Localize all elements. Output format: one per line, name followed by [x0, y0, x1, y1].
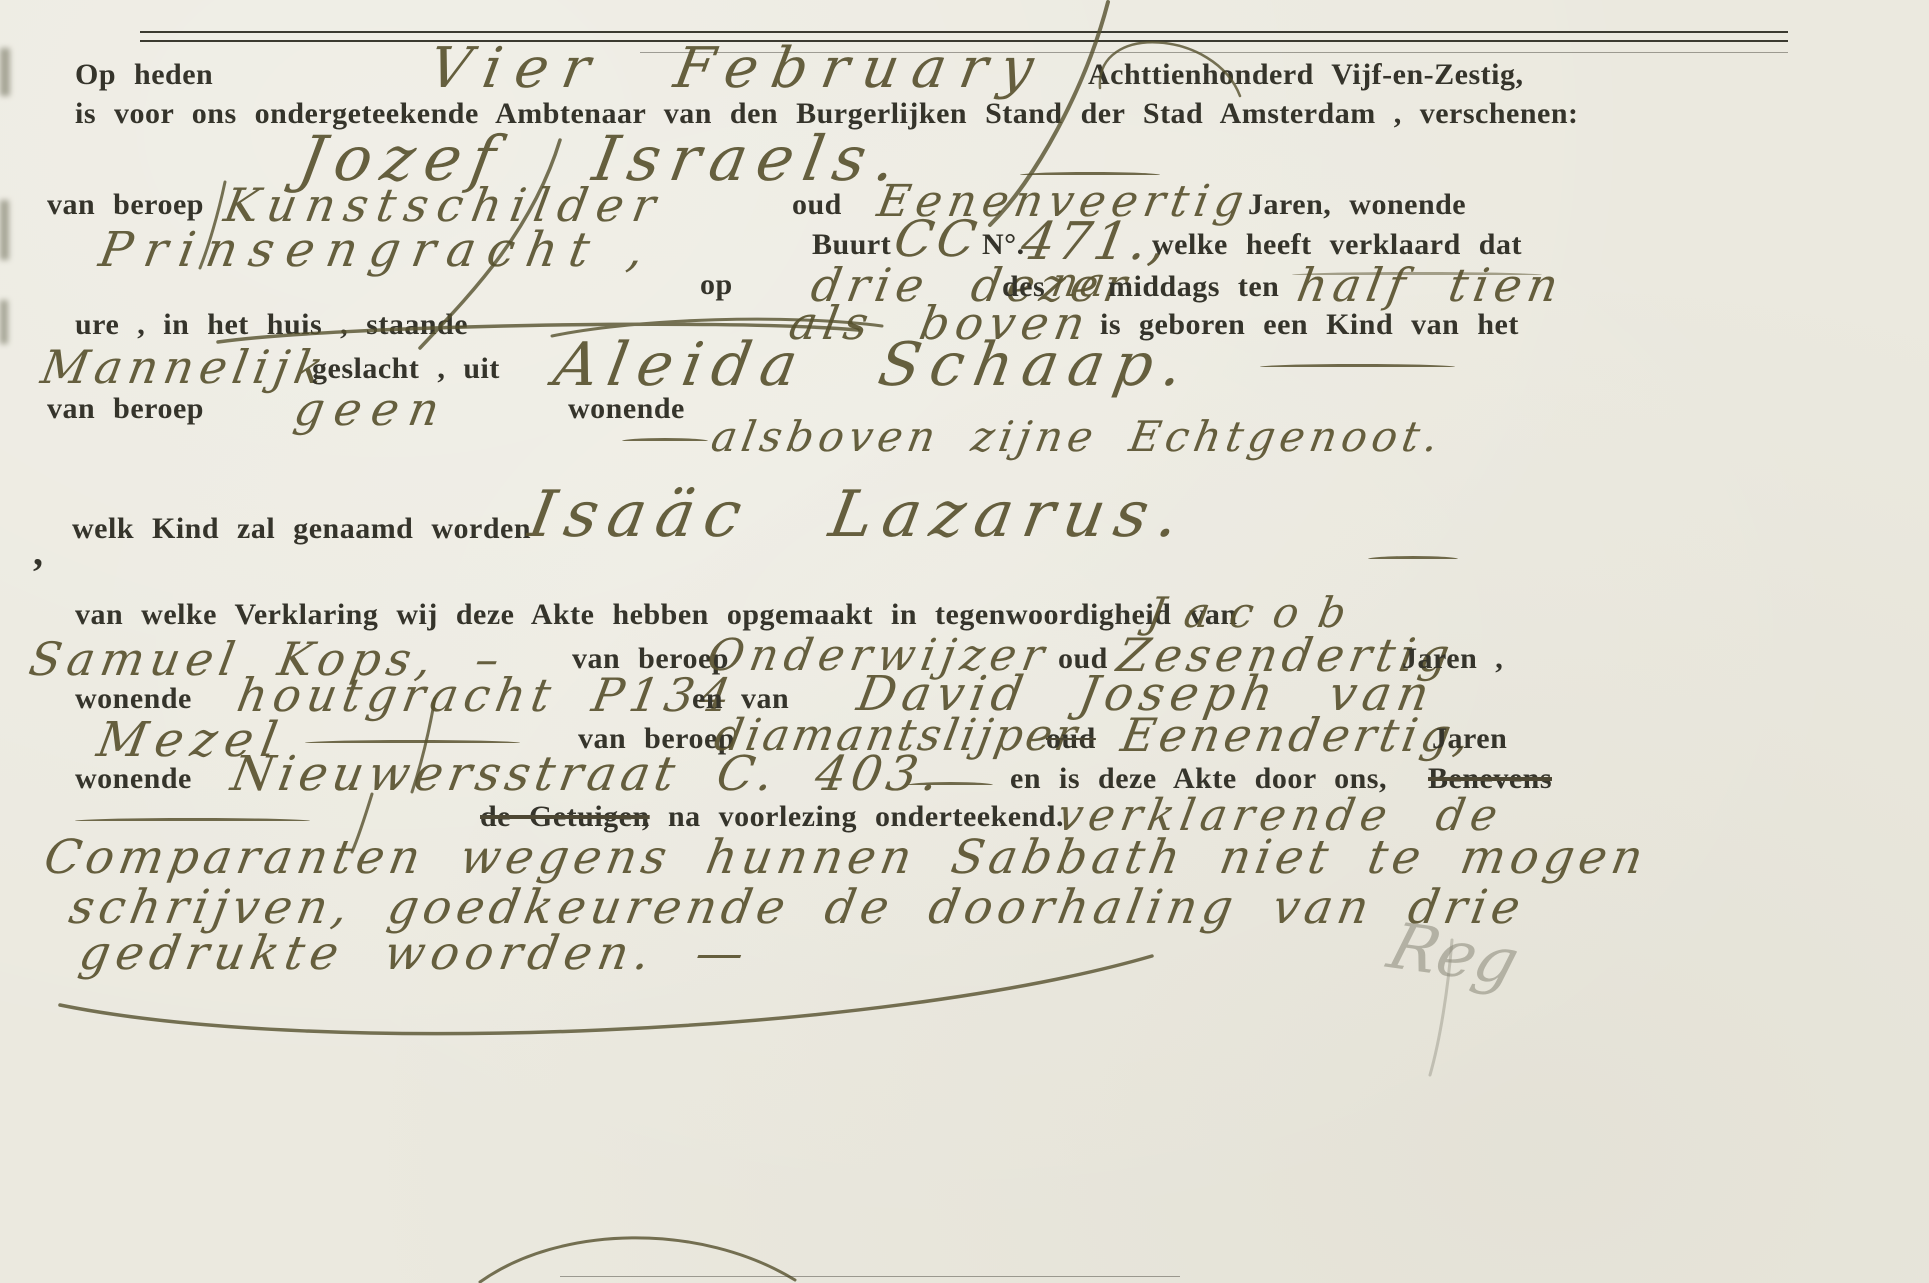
filler-dash: [305, 740, 520, 743]
filler-dash: [622, 438, 708, 441]
entry-declarant-address: Prinsengracht ,: [95, 222, 660, 278]
label-oud-3: oud: [1046, 722, 1096, 756]
bottom-rule: [560, 1276, 1180, 1277]
label-van-beroep-2: van beroep: [47, 392, 204, 426]
label-geslacht-uit: geslacht , uit: [312, 352, 500, 386]
birth-certificate-document: Op heden Vier February Achttienhonderd V…: [0, 0, 1929, 1283]
entry-mother-name: Aleida Schaap.: [549, 330, 1198, 400]
label-comma: ,: [33, 528, 44, 575]
label-welke-heeft: welke heeft verklaard dat: [1152, 228, 1522, 262]
label-jaren-wonende: Jaren, wonende: [1248, 188, 1466, 222]
edge-artifact: [0, 200, 9, 260]
entry-birth-time: half tien: [1293, 258, 1568, 312]
entry-closing-line3: gedrukte woorden. —: [75, 926, 754, 981]
entry-closing-line1: Comparanten wegens hunnen Sabbath niet t…: [40, 830, 1652, 885]
label-van-beroep-1: van beroep: [47, 188, 204, 222]
label-oud-1: oud: [792, 188, 842, 222]
entry-witness2-address: Nieuwersstraat C. 403.: [227, 746, 948, 802]
label-wonende-2: wonende: [75, 682, 192, 716]
entry-child-name: Isaäc Lazarus.: [523, 478, 1194, 552]
label-ure-line: ure , in het huis , staande: [75, 308, 468, 342]
label-welk-kind: welk Kind zal genaamd worden: [72, 512, 531, 546]
label-middags-ten: middags ten: [1108, 270, 1279, 304]
top-rule-1: [140, 31, 1788, 33]
label-na-voorlezing: , na voorlezing onderteekend.: [642, 800, 1064, 834]
filler-dash: [1368, 556, 1458, 559]
entry-witness1-address: houtgracht P134: [233, 668, 740, 722]
entry-mother-residence: alsboven zijne Echtgenoot.: [708, 412, 1447, 461]
label-jaren-3: Jaren: [1432, 722, 1507, 756]
label-buurt: Buurt: [812, 228, 891, 262]
entry-witness2-age: Eenendertig,: [1117, 708, 1478, 762]
filler-dash: [75, 818, 310, 821]
filler-dash: [1260, 364, 1455, 367]
label-year: Achttienhonderd Vijf-en-Zestig,: [1088, 58, 1523, 92]
edge-artifact: [0, 48, 10, 96]
edge-artifact: [0, 300, 8, 344]
struck-words-de-getuigen: de Getuigen: [480, 800, 650, 834]
entry-gender: Mannelijk: [37, 340, 333, 394]
overline-stroke: [1292, 272, 1542, 275]
entry-registration-date: Vier February: [424, 36, 1052, 101]
label-op: op: [700, 268, 733, 302]
label-verklaring: van welke Verklaring wij deze Akte hebbe…: [75, 598, 1238, 632]
entry-mother-occupation: geen: [290, 382, 453, 436]
label-wonende-1: wonende: [568, 392, 685, 426]
label-op-heden: Op heden: [75, 58, 213, 92]
filler-dash: [1020, 172, 1160, 175]
filler-dash: [908, 782, 993, 785]
label-wonende-3: wonende: [75, 762, 192, 796]
